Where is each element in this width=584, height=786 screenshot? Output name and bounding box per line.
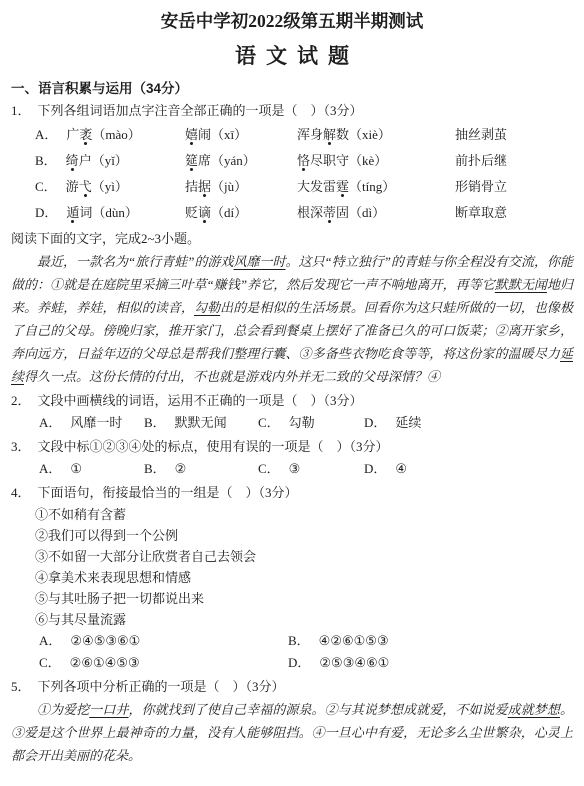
q3-option-a: A．① bbox=[39, 458, 144, 480]
q3-option-c: C．③ bbox=[258, 458, 364, 480]
question-4-options-row-2: C．②⑥①④⑤③ D．②⑤③④⑥① bbox=[11, 652, 573, 674]
q4-item-3: ③不如留一大部分让欣赏者自己去领会 bbox=[11, 546, 573, 567]
q2-option-c: C．勾勒 bbox=[258, 412, 364, 434]
option-b-word-2: 筵席（yán） bbox=[185, 148, 297, 174]
question-4-text: 下面语句，衔接最恰当的一组是（ ）（3分） bbox=[38, 485, 298, 500]
question-4: 4．下面语句，衔接最恰当的一组是（ ）（3分） ①不如稍有含蓄 ②我们可以得到一… bbox=[11, 482, 573, 674]
question-1: 1．下列各组词语加点字注音全部正确的一项是（ ）（3分） A．广袤（mào） 嬉… bbox=[11, 100, 573, 226]
option-a-word-1: 广袤（mào） bbox=[66, 127, 140, 142]
option-b-word-1: 绮户（yǐ） bbox=[66, 153, 128, 168]
option-c-word-3: 大发雷霆（tíng） bbox=[297, 174, 455, 200]
question-5-passage: ①为爱挖一口井，你就找到了使自己幸福的源泉。②与其说梦想成就爱，不如说爱成就梦想… bbox=[11, 698, 573, 767]
exam-subtitle: 语文试题 bbox=[11, 41, 573, 71]
q2-option-b: B．默默无闻 bbox=[144, 412, 258, 434]
reading-instruction: 阅读下面的文字，完成2~3小题。 bbox=[11, 228, 573, 250]
option-c-word-4: 形销骨立 bbox=[455, 174, 573, 200]
option-c-word-1: 游弋（yì） bbox=[66, 179, 128, 194]
option-d-word-3: 根深蒂固（dì） bbox=[297, 200, 455, 226]
q4-item-1: ①不如稍有含蓄 bbox=[11, 504, 573, 525]
question-2-stem: 2．文段中画横线的词语，运用不正确的一项是（ ）（3分） bbox=[11, 390, 573, 412]
q4-option-b: B．④②⑥①⑤③ bbox=[288, 630, 573, 652]
option-a-label: A． bbox=[35, 127, 57, 142]
question-1-option-b: B．绮户（yǐ） 筵席（yán） 恪尽职守（kè） 前扑后继 bbox=[11, 148, 573, 174]
q4-option-c: C．②⑥①④⑤③ bbox=[39, 652, 288, 674]
option-c-label: C． bbox=[35, 179, 57, 194]
option-d-word-2: 贬谪（dí） bbox=[185, 200, 297, 226]
question-4-stem: 4．下面语句，衔接最恰当的一组是（ ）（3分） bbox=[11, 482, 573, 504]
question-1-option-c: C．游弋（yì） 拮据（jù） 大发雷霆（tíng） 形销骨立 bbox=[11, 174, 573, 200]
option-b-word-3: 恪尽职守（kè） bbox=[297, 148, 455, 174]
option-b-word-4: 前扑后继 bbox=[455, 148, 573, 174]
question-1-option-a: A．广袤（mào） 嬉闹（xī） 浑身解数（xiè） 抽丝剥茧 bbox=[11, 122, 573, 148]
question-1-number: 1． bbox=[11, 103, 31, 118]
question-2-text: 文段中画横线的词语，运用不正确的一项是（ ）（3分） bbox=[38, 393, 363, 408]
question-3-number: 3． bbox=[11, 439, 31, 454]
question-5-number: 5． bbox=[11, 679, 31, 694]
reading-passage: 最近，一款名为“旅行青蛙”的游戏风靡一时。这只“特立独行”的青蛙与你全程没有交流… bbox=[11, 250, 573, 388]
question-5: 5．下列各项中分析正确的一项是（ ）（3分） ①为爱挖一口井，你就找到了使自己幸… bbox=[11, 676, 573, 767]
q4-option-d: D．②⑤③④⑥① bbox=[288, 652, 573, 674]
question-5-text: 下列各项中分析正确的一项是（ ）（3分） bbox=[38, 679, 285, 694]
option-d-label: D． bbox=[35, 205, 57, 220]
option-d-word-4: 断章取意 bbox=[455, 200, 573, 226]
question-2-options: A．风靡一时 B．默默无闻 C．勾勒 D．延续 bbox=[11, 412, 573, 434]
question-1-option-d: D．遁词（dùn） 贬谪（dí） 根深蒂固（dì） 断章取意 bbox=[11, 200, 573, 226]
question-2-number: 2． bbox=[11, 393, 31, 408]
option-a-word-2: 嬉闹（xī） bbox=[185, 122, 297, 148]
section-heading: 一、语言积累与运用（34分） bbox=[11, 80, 573, 98]
question-3-options: A．① B．② C．③ D．④ bbox=[11, 458, 573, 480]
q2-option-a: A．风靡一时 bbox=[39, 412, 144, 434]
question-3: 3．文段中标①②③④处的标点，使用有误的一项是（ ）（3分） A．① B．② C… bbox=[11, 436, 573, 480]
option-d-word-1: 遁词（dùn） bbox=[66, 205, 138, 220]
question-2: 2．文段中画横线的词语，运用不正确的一项是（ ）（3分） A．风靡一时 B．默默… bbox=[11, 390, 573, 434]
question-4-number: 4． bbox=[11, 485, 31, 500]
q4-item-6: ⑥与其尽量流露 bbox=[11, 609, 573, 630]
option-a-word-4: 抽丝剥茧 bbox=[455, 122, 573, 148]
question-1-stem: 1．下列各组词语加点字注音全部正确的一项是（ ）（3分） bbox=[11, 100, 573, 122]
exam-page: 安岳中学初2022级第五期半期测试 语文试题 一、语言积累与运用（34分） 1．… bbox=[0, 0, 584, 767]
q4-item-2: ②我们可以得到一个公例 bbox=[11, 525, 573, 546]
q3-option-d: D．④ bbox=[364, 458, 573, 480]
option-c-word-2: 拮据（jù） bbox=[185, 174, 297, 200]
q4-item-4: ④拿美术来表现思想和情感 bbox=[11, 567, 573, 588]
question-5-stem: 5．下列各项中分析正确的一项是（ ）（3分） bbox=[11, 676, 573, 698]
question-3-text: 文段中标①②③④处的标点，使用有误的一项是（ ）（3分） bbox=[38, 439, 389, 454]
question-4-options-row-1: A．②④⑤③⑥① B．④②⑥①⑤③ bbox=[11, 630, 573, 652]
q3-option-b: B．② bbox=[144, 458, 258, 480]
option-a-word-3: 浑身解数（xiè） bbox=[297, 122, 455, 148]
question-3-stem: 3．文段中标①②③④处的标点，使用有误的一项是（ ）（3分） bbox=[11, 436, 573, 458]
q4-item-5: ⑤与其吐肠子把一切都说出来 bbox=[11, 588, 573, 609]
q2-option-d: D．延续 bbox=[364, 412, 573, 434]
option-b-label: B． bbox=[35, 153, 57, 168]
exam-title: 安岳中学初2022级第五期半期测试 bbox=[11, 10, 573, 32]
q4-option-a: A．②④⑤③⑥① bbox=[39, 630, 288, 652]
question-1-text: 下列各组词语加点字注音全部正确的一项是（ ）（3分） bbox=[38, 103, 363, 118]
